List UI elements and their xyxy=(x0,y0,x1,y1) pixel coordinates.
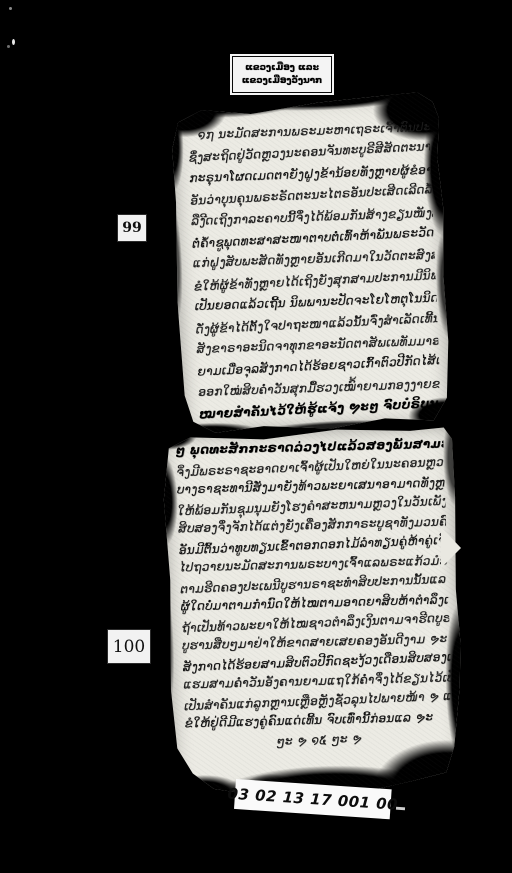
label-smudge xyxy=(396,807,405,811)
header-label-line2: ແຂວງເມືອງວັງນາກ xyxy=(242,75,323,88)
header-label-line1: ແຂວງເມືອງ ແລະ xyxy=(245,62,319,75)
dust-speck xyxy=(7,45,10,48)
page-number-label-99: 99 xyxy=(117,214,147,242)
dust-speck xyxy=(12,39,15,45)
archive-header-label-frame: ແຂວງເມືອງ ແລະ ແຂວງເມືອງວັງນາກ xyxy=(232,56,332,93)
page-number-100: 100 xyxy=(113,637,145,657)
manuscript-page-99: ໑໗ ນະມັດສະການພຣະມະຫາເຖຣະເຈົ້າຕົນປະເສີດ ຯ… xyxy=(169,91,453,435)
manuscript-text-page-99: ໑໗ ນະມັດສະການພຣະມະຫາເຖຣະເຈົ້າຕົນປະເສີດ ຯ… xyxy=(187,116,441,427)
archive-header-label: ແຂວງເມືອງ ແລະ ແຂວງເມືອງວັງນາກ xyxy=(230,54,334,95)
manuscript-page-100: ໆ ພຸດທະສັກກະຣາດລ່ວງໄປແລ້ວສອງພັນສາມຮ້ອຍປີ… xyxy=(161,424,466,800)
archive-code-text: 03 02 13 17 001 00 xyxy=(227,784,399,813)
dust-speck xyxy=(9,7,12,10)
manuscript-photo-scan: ແຂວງເມືອງ ແລະ ແຂວງເມືອງວັງນາກ ໑໗ ນະມັດສະ… xyxy=(0,0,512,873)
page-number-label-100: 100 xyxy=(107,629,151,664)
manuscript-text-page-100: ໆ ພຸດທະສັກກະຣາດລ່ວງໄປແລ້ວສອງພັນສາມຮ້ອຍປີ… xyxy=(175,434,453,755)
page-number-99: 99 xyxy=(122,220,141,236)
page-edge-tab xyxy=(441,527,461,568)
